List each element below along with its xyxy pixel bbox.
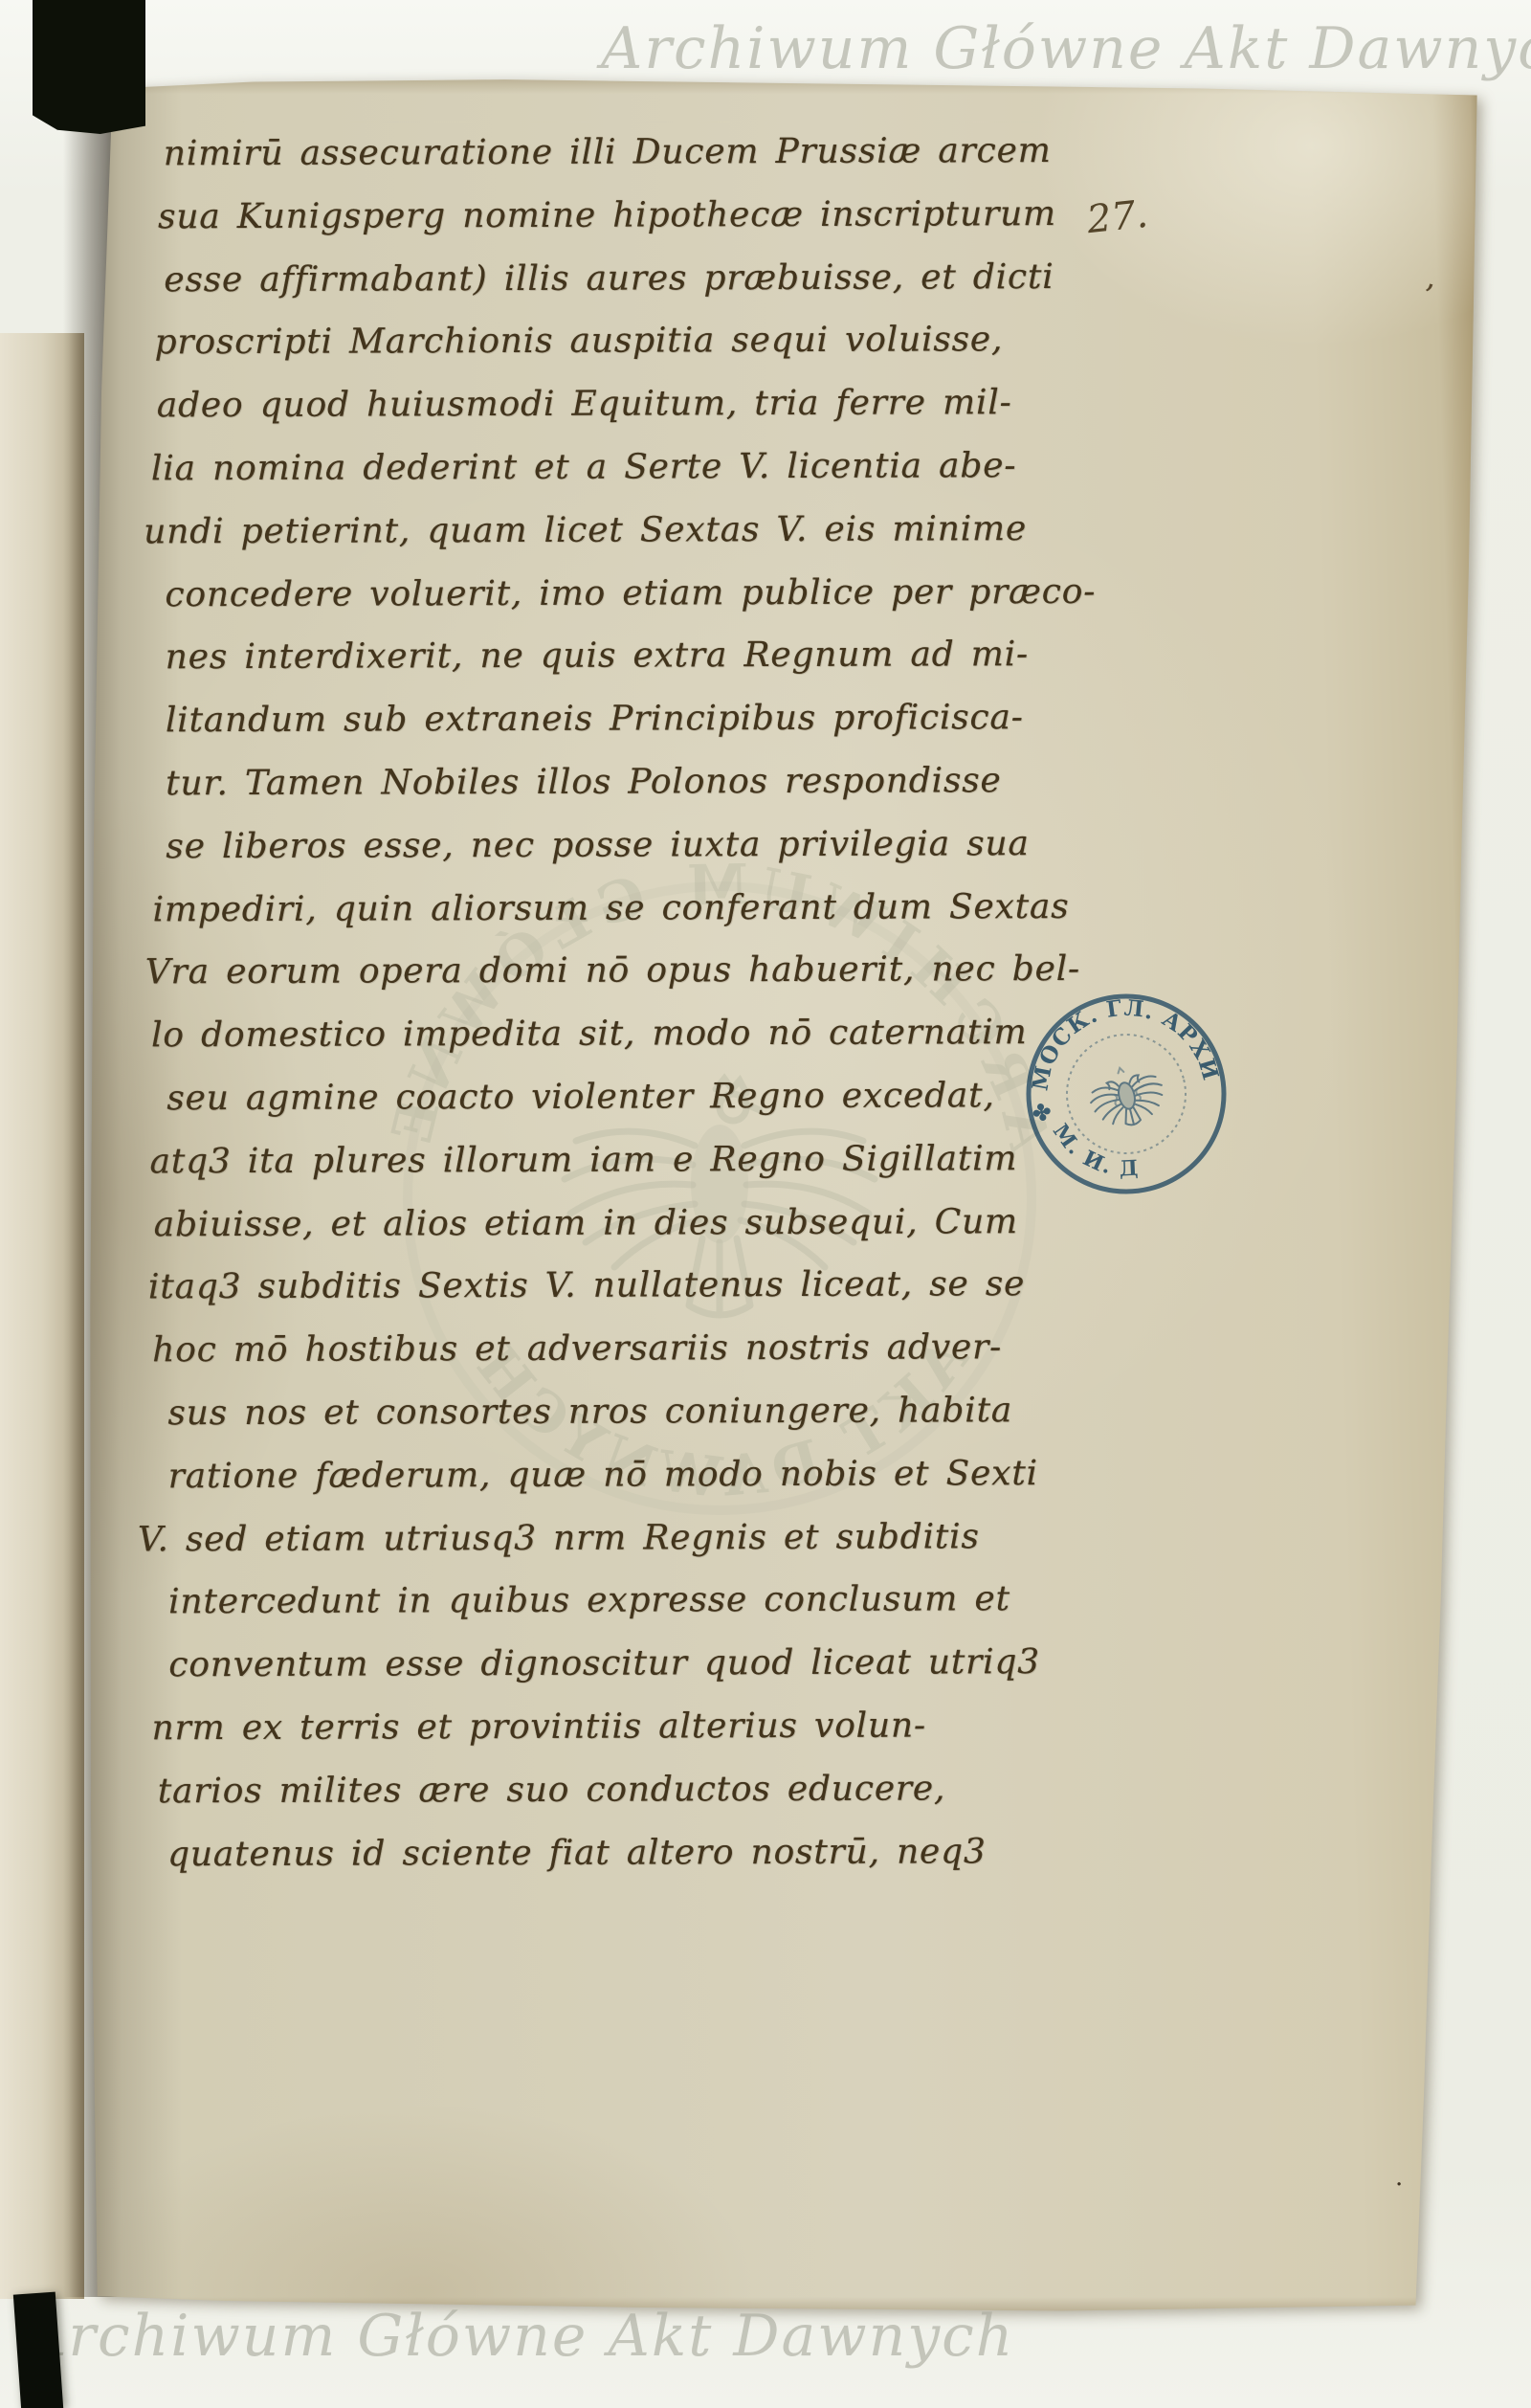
manuscript-line: sus nos et consortes nros coniungere, ha… bbox=[87, 1389, 1482, 1457]
manuscript-line: ratione fæderum, quæ nō modo nobis et Se… bbox=[88, 1452, 1483, 1520]
manuscript-page-wrap: ARCHIWUM GŁÓWNE AKT DAWNYCH nimirū assec… bbox=[0, 0, 1531, 2408]
scanned-manuscript-view: { "watermark": { "text": "Archiwum Główn… bbox=[0, 0, 1531, 2408]
binding-ribbon-top bbox=[33, 0, 145, 134]
folio-number: 27. bbox=[1085, 192, 1150, 242]
stamp-arc-bottom-text: М. И. Д. ✤ bbox=[1038, 1073, 1157, 1199]
stamp-eagle-icon bbox=[1084, 1059, 1168, 1134]
manuscript-line: tarios milites ære suo conductos educere… bbox=[89, 1767, 1484, 1835]
manuscript-line: litandum sub extraneis Principibus profi… bbox=[85, 697, 1480, 765]
manuscript-line: nes interdixerit, ne quis extra Regnum a… bbox=[85, 634, 1480, 702]
watermark-top: Archiwum Główne Akt Dawnych bbox=[601, 15, 1531, 82]
watermark-bottom: Archiwum Główne Akt Dawnych bbox=[25, 2303, 1014, 2370]
manuscript-line: proscripti Marchionis auspitia sequi vol… bbox=[83, 319, 1478, 387]
manuscript-line: itaq3 subditis Sextis V. nullatenus lice… bbox=[87, 1263, 1482, 1331]
manuscript-line: lo domestico impedita sit, modo nō cater… bbox=[86, 1012, 1481, 1080]
manuscript-line: nimirū assecuratione illi Ducem Prussiæ … bbox=[83, 129, 1478, 197]
manuscript-line: undi petierint, quam licet Sextas V. eis… bbox=[84, 507, 1479, 575]
manuscript-line: V. sed etiam utriusq3 nrm Regnis et subd… bbox=[88, 1515, 1483, 1583]
manuscript-line: concedere voluerit, imo etiam publice pe… bbox=[84, 570, 1479, 638]
manuscript-line: se liberos esse, nec posse iuxta privile… bbox=[85, 822, 1480, 890]
manuscript-text-block: nimirū assecuratione illi Ducem Prussiæ … bbox=[83, 129, 1484, 1897]
manuscript-line: lia nomina dederint et a Serte V. licent… bbox=[84, 444, 1479, 512]
manuscript-line: esse affirmabant) illis aures præbuisse,… bbox=[83, 256, 1478, 323]
manuscript-line: quatenus id sciente fiat altero nostrū, … bbox=[89, 1830, 1484, 1898]
manuscript-line: Vra eorum opera domi nō opus habuerit, n… bbox=[86, 948, 1481, 1016]
manuscript-line: adeo quod huiusmodi Equitum, tria ferre … bbox=[84, 382, 1479, 450]
manuscript-line: sua Kunigsperg nomine hipothecæ inscript… bbox=[83, 192, 1478, 260]
manuscript-line: atq3 ita plures illorum iam e Regno Sigi… bbox=[86, 1137, 1481, 1205]
binding-ribbon-bottom bbox=[13, 2292, 63, 2408]
manuscript-line: abiuisse, et alios etiam in dies subsequ… bbox=[87, 1200, 1482, 1268]
manuscript-page: ARCHIWUM GŁÓWNE AKT DAWNYCH nimirū assec… bbox=[86, 78, 1481, 2314]
ink-mark: · bbox=[1395, 2171, 1403, 2199]
manuscript-line: intercedunt in quibus expresse conclusum… bbox=[88, 1578, 1483, 1646]
manuscript-line: conventum esse dignoscitur quod liceat u… bbox=[88, 1641, 1483, 1709]
manuscript-line: hoc mō hostibus et adversariis nostris a… bbox=[87, 1327, 1482, 1394]
manuscript-line: impediri, quin aliorsum se conferant dum… bbox=[86, 885, 1481, 953]
manuscript-line: nrm ex terris et provintiis alterius vol… bbox=[89, 1704, 1484, 1772]
manuscript-line: seu agmine coacto violenter Regno exceda… bbox=[86, 1074, 1481, 1142]
manuscript-line: tur. Tamen Nobiles illos Polonos respond… bbox=[85, 759, 1480, 827]
